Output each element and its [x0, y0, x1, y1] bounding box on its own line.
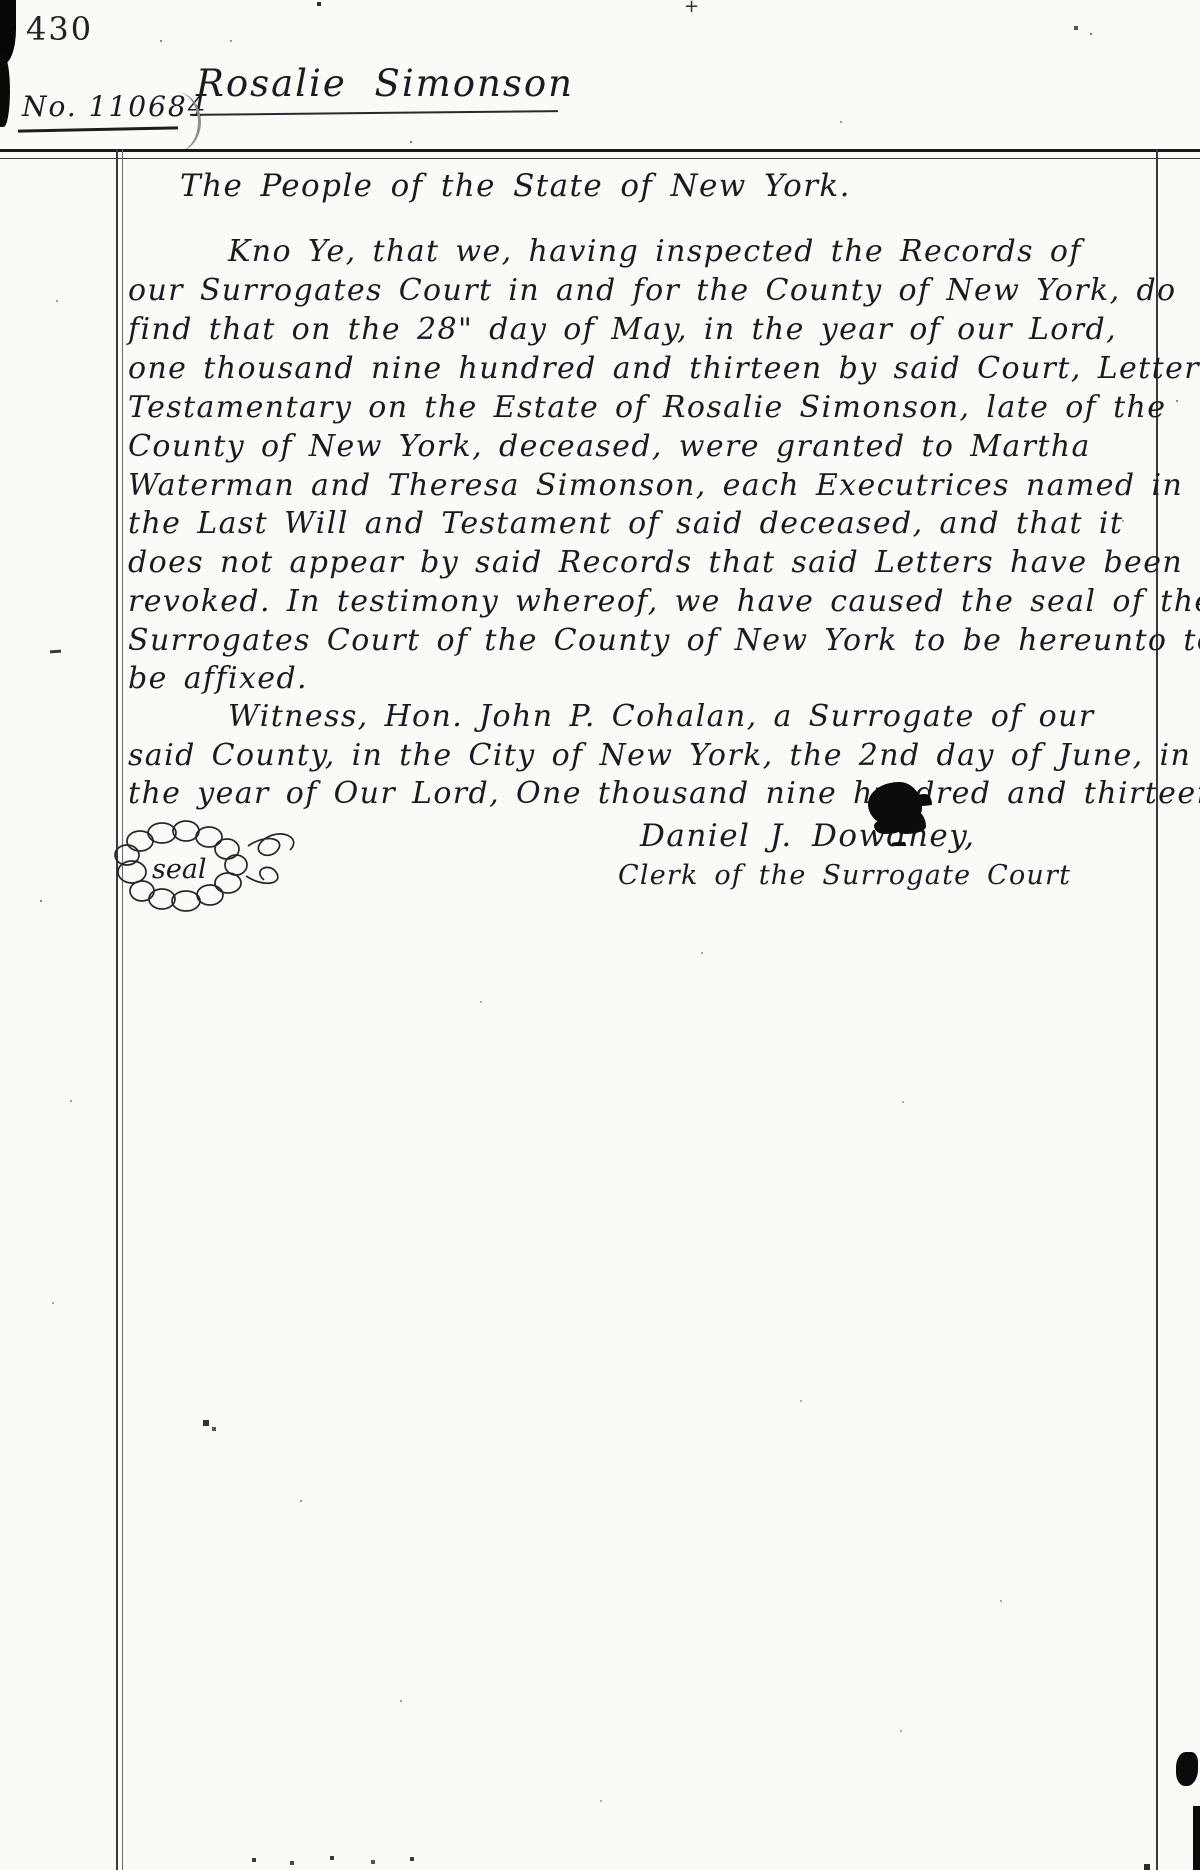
- scanned-document-page: { "page": { "page_number": "430", "case_…: [0, 0, 1200, 1870]
- body-line: revoked. In testimony whereof, we have c…: [128, 587, 1200, 617]
- ink-blot: [868, 782, 922, 826]
- seal-label: seal: [152, 854, 207, 885]
- body-line: be affixed.: [128, 664, 308, 694]
- scan-edge-artifact: [0, 55, 10, 127]
- body-line: our Surrogates Court in and for the Coun…: [128, 276, 1177, 306]
- body-line: does not appear by said Records that sai…: [128, 548, 1183, 578]
- scan-corner-artifact: [1176, 1752, 1198, 1786]
- heading-underline: [190, 110, 558, 116]
- heading-name: Rosalie Simonson: [196, 62, 574, 105]
- body-line: Waterman and Theresa Simonson, each Exec…: [128, 471, 1183, 501]
- seal-doodle: seal: [112, 812, 352, 914]
- signature-name: Daniel J. Dowdney,: [640, 818, 976, 854]
- salutation: The People of the State of New York.: [180, 168, 851, 204]
- body-line: one thousand nine hundred and thirteen b…: [128, 354, 1200, 384]
- scan-speckles: [0, 0, 2, 2]
- body-line: the year of Our Lord, One thousand nine …: [128, 779, 1200, 809]
- scan-edge-artifact: [1193, 1806, 1200, 1870]
- body-line: Testamentary on the Estate of Rosalie Si…: [128, 393, 1166, 423]
- left-rule-outer: [116, 149, 118, 1870]
- page-number: 430: [26, 10, 93, 48]
- body-line: find that on the 28" day of May, in the …: [128, 315, 1117, 345]
- scan-mark-plus: +: [684, 0, 699, 17]
- margin-dash: [50, 650, 61, 654]
- left-rule-inner: [122, 149, 123, 1870]
- signature-title: Clerk of the Surrogate Court: [618, 860, 1071, 891]
- body-line: Witness, Hon. John P. Cohalan, a Surroga…: [128, 702, 1095, 732]
- case-number-underline: [18, 126, 178, 132]
- top-rule-thick: [0, 149, 1200, 152]
- body-line: Kno Ye, that we, having inspected the Re…: [128, 237, 1082, 267]
- body-line: the Last Will and Testament of said dece…: [128, 509, 1123, 539]
- top-rule-thin: [0, 158, 1200, 159]
- body-line: said County, in the City of New York, th…: [128, 741, 1191, 771]
- body-line: County of New York, deceased, were grant…: [128, 432, 1091, 462]
- body-line: Surrogates Court of the County of New Yo…: [128, 626, 1200, 656]
